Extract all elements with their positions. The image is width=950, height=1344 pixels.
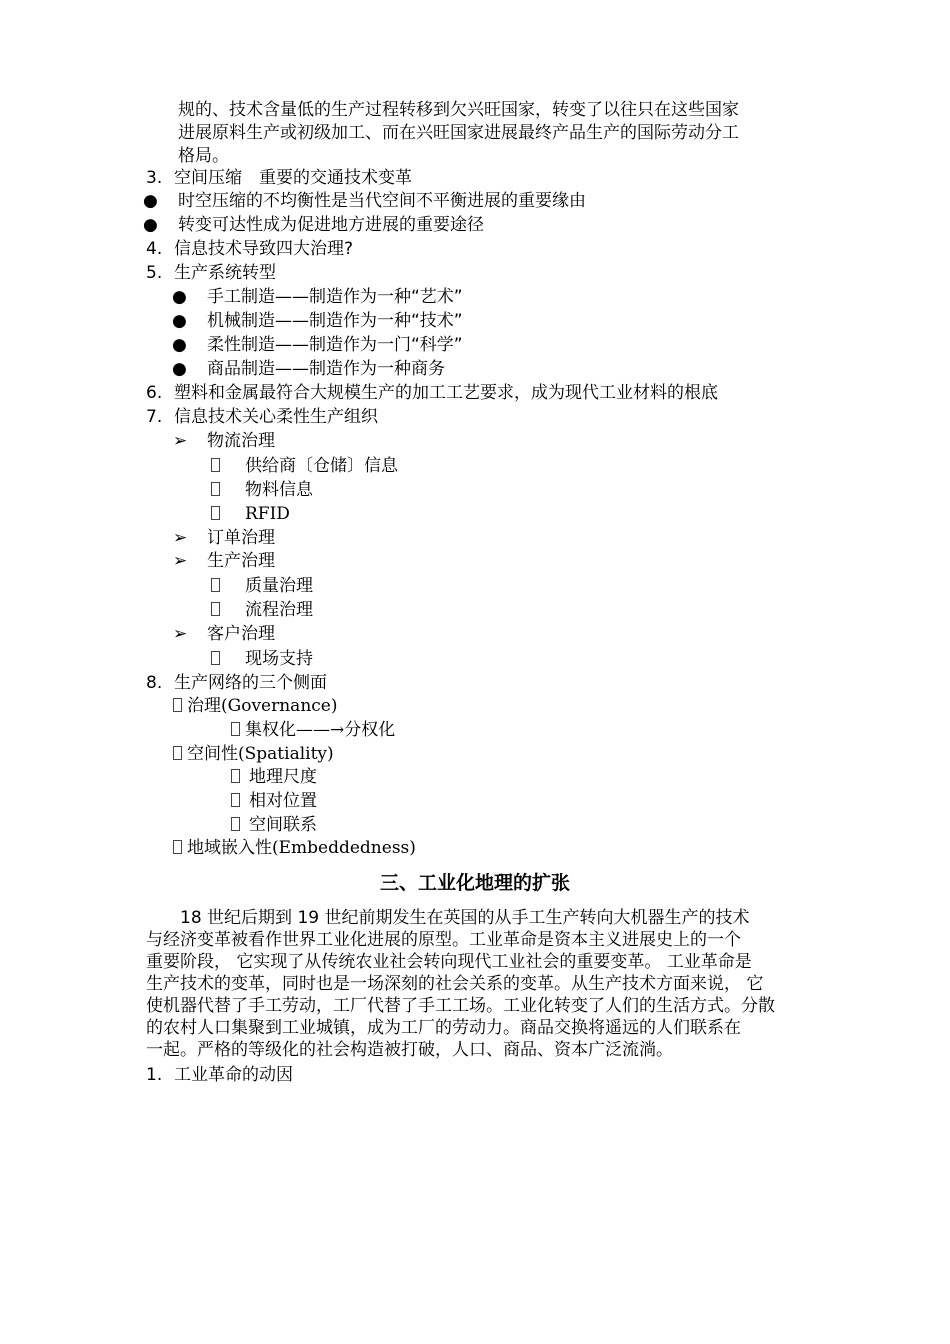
list-item: 生产系统转型	[174, 261, 276, 285]
document-page: 规的、技术含量低的生产过程转移到欠兴旺国家，转变了以往只在这些国家 进展原料生产…	[0, 0, 950, 1344]
list-number: 8.	[146, 671, 162, 695]
paragraph-line: 使机器代替了手工劳动，工厂代替了手工工场。工业化转变了人们的生活方式。分散	[146, 995, 814, 1017]
bullet-icon: ●	[172, 333, 187, 357]
list-number: 3.	[146, 166, 162, 190]
arrow-bullet-icon: ➢	[173, 526, 187, 550]
list-number: 6.	[146, 381, 162, 405]
bullet-icon: ●	[143, 213, 158, 237]
list-item: 信息技术导致四大治理?	[174, 237, 353, 261]
list-item: 治理(Governance)	[187, 694, 338, 718]
square-bullet-icon	[231, 789, 240, 813]
list-item: RFID	[245, 502, 290, 526]
square-bullet-icon	[211, 478, 220, 502]
list-item: 集权化——→分权化	[245, 718, 395, 742]
arrow-bullet-icon: ➢	[173, 549, 187, 573]
arrow-bullet-icon: ➢	[173, 622, 187, 646]
intro-line-3: 格局。	[178, 144, 229, 168]
list-item: 物流治理	[207, 429, 275, 453]
paragraph-line: 18 世纪后期到 19 世纪前期发生在英国的从手工生产转向大机器生产的技术	[146, 907, 814, 929]
square-bullet-icon	[173, 742, 182, 766]
list-number: 4.	[146, 237, 162, 261]
square-bullet-icon	[211, 647, 220, 671]
bullet-icon: ●	[143, 189, 158, 213]
list-item: 供给商〔仓储〕信息	[245, 454, 398, 478]
square-bullet-icon	[211, 502, 220, 526]
square-bullet-icon	[211, 454, 220, 478]
list-item: 生产网络的三个侧面	[174, 671, 327, 695]
list-item: 时空压缩的不均衡性是当代空间不平衡进展的重要缘由	[178, 189, 586, 213]
list-item: 工业革命的动因	[174, 1063, 293, 1087]
bullet-icon: ●	[172, 309, 187, 333]
list-item: 订单治理	[207, 526, 275, 550]
list-item: 塑料和金属最符合大规模生产的加工工艺要求，成为现代工业材料的根底	[174, 381, 718, 405]
paragraph-line: 的农村人口集聚到工业城镇，成为工厂的劳动力。商品交换将遥远的人们联系在	[146, 1017, 814, 1039]
square-bullet-icon	[211, 574, 220, 598]
square-bullet-icon	[231, 718, 240, 742]
intro-line-1: 规的、技术含量低的生产过程转移到欠兴旺国家，转变了以往只在这些国家	[178, 98, 739, 122]
section-heading: 三、工业化地理的扩张	[0, 870, 950, 896]
list-item: 空间压缩 重要的交通技术变革	[174, 166, 412, 190]
list-number: 5.	[146, 261, 162, 285]
list-item: 地理尺度	[249, 765, 317, 789]
square-bullet-icon	[173, 694, 182, 718]
list-item: 商品制造——制造作为一种商务	[207, 357, 445, 381]
list-item: 客户治理	[207, 622, 275, 646]
list-item: 机械制造——制造作为一种“技术”	[207, 309, 463, 333]
list-item: 柔性制造——制造作为一门“科学”	[207, 333, 463, 357]
paragraph-line: 与经济变革被看作世界工业化进展的原型。工业革命是资本主义进展史上的一个	[146, 929, 814, 951]
intro-line-2: 进展原料生产或初级加工、而在兴旺国家进展最终产品生产的国际劳动分工	[178, 121, 739, 145]
square-bullet-icon	[211, 598, 220, 622]
square-bullet-icon	[231, 765, 240, 789]
list-item: 生产治理	[207, 549, 275, 573]
list-item: 流程治理	[245, 598, 313, 622]
list-number: 7.	[146, 405, 162, 429]
bullet-icon: ●	[172, 357, 187, 381]
list-item: 空间性(Spatiality)	[187, 742, 334, 766]
list-item: 现场支持	[245, 647, 313, 671]
body-paragraph: 18 世纪后期到 19 世纪前期发生在英国的从手工生产转向大机器生产的技术 与经…	[146, 907, 814, 1061]
arrow-bullet-icon: ➢	[173, 429, 187, 453]
list-item: 地域嵌入性(Embeddedness)	[187, 836, 416, 860]
list-item: 物料信息	[245, 478, 313, 502]
paragraph-line: 生产技术的变革，同时也是一场深刻的社会关系的变革。从生产技术方面来说， 它	[146, 973, 814, 995]
list-item: 相对位置	[249, 789, 317, 813]
list-item: 信息技术关心柔性生产组织	[174, 405, 378, 429]
paragraph-line: 一起。严格的等级化的社会构造被打破，人口、商品、资本广泛流淌。	[146, 1039, 814, 1061]
square-bullet-icon	[173, 836, 182, 860]
list-item: 手工制造——制造作为一种“艺术”	[207, 285, 463, 309]
bullet-icon: ●	[172, 285, 187, 309]
list-item: 质量治理	[245, 574, 313, 598]
square-bullet-icon	[231, 813, 240, 837]
paragraph-line: 重要阶段， 它实现了从传统农业社会转向现代工业社会的重要变革。 工业革命是	[146, 951, 814, 973]
list-item: 空间联系	[249, 813, 317, 837]
list-number: 1.	[146, 1063, 162, 1087]
list-item: 转变可达性成为促进地方进展的重要途径	[178, 213, 484, 237]
